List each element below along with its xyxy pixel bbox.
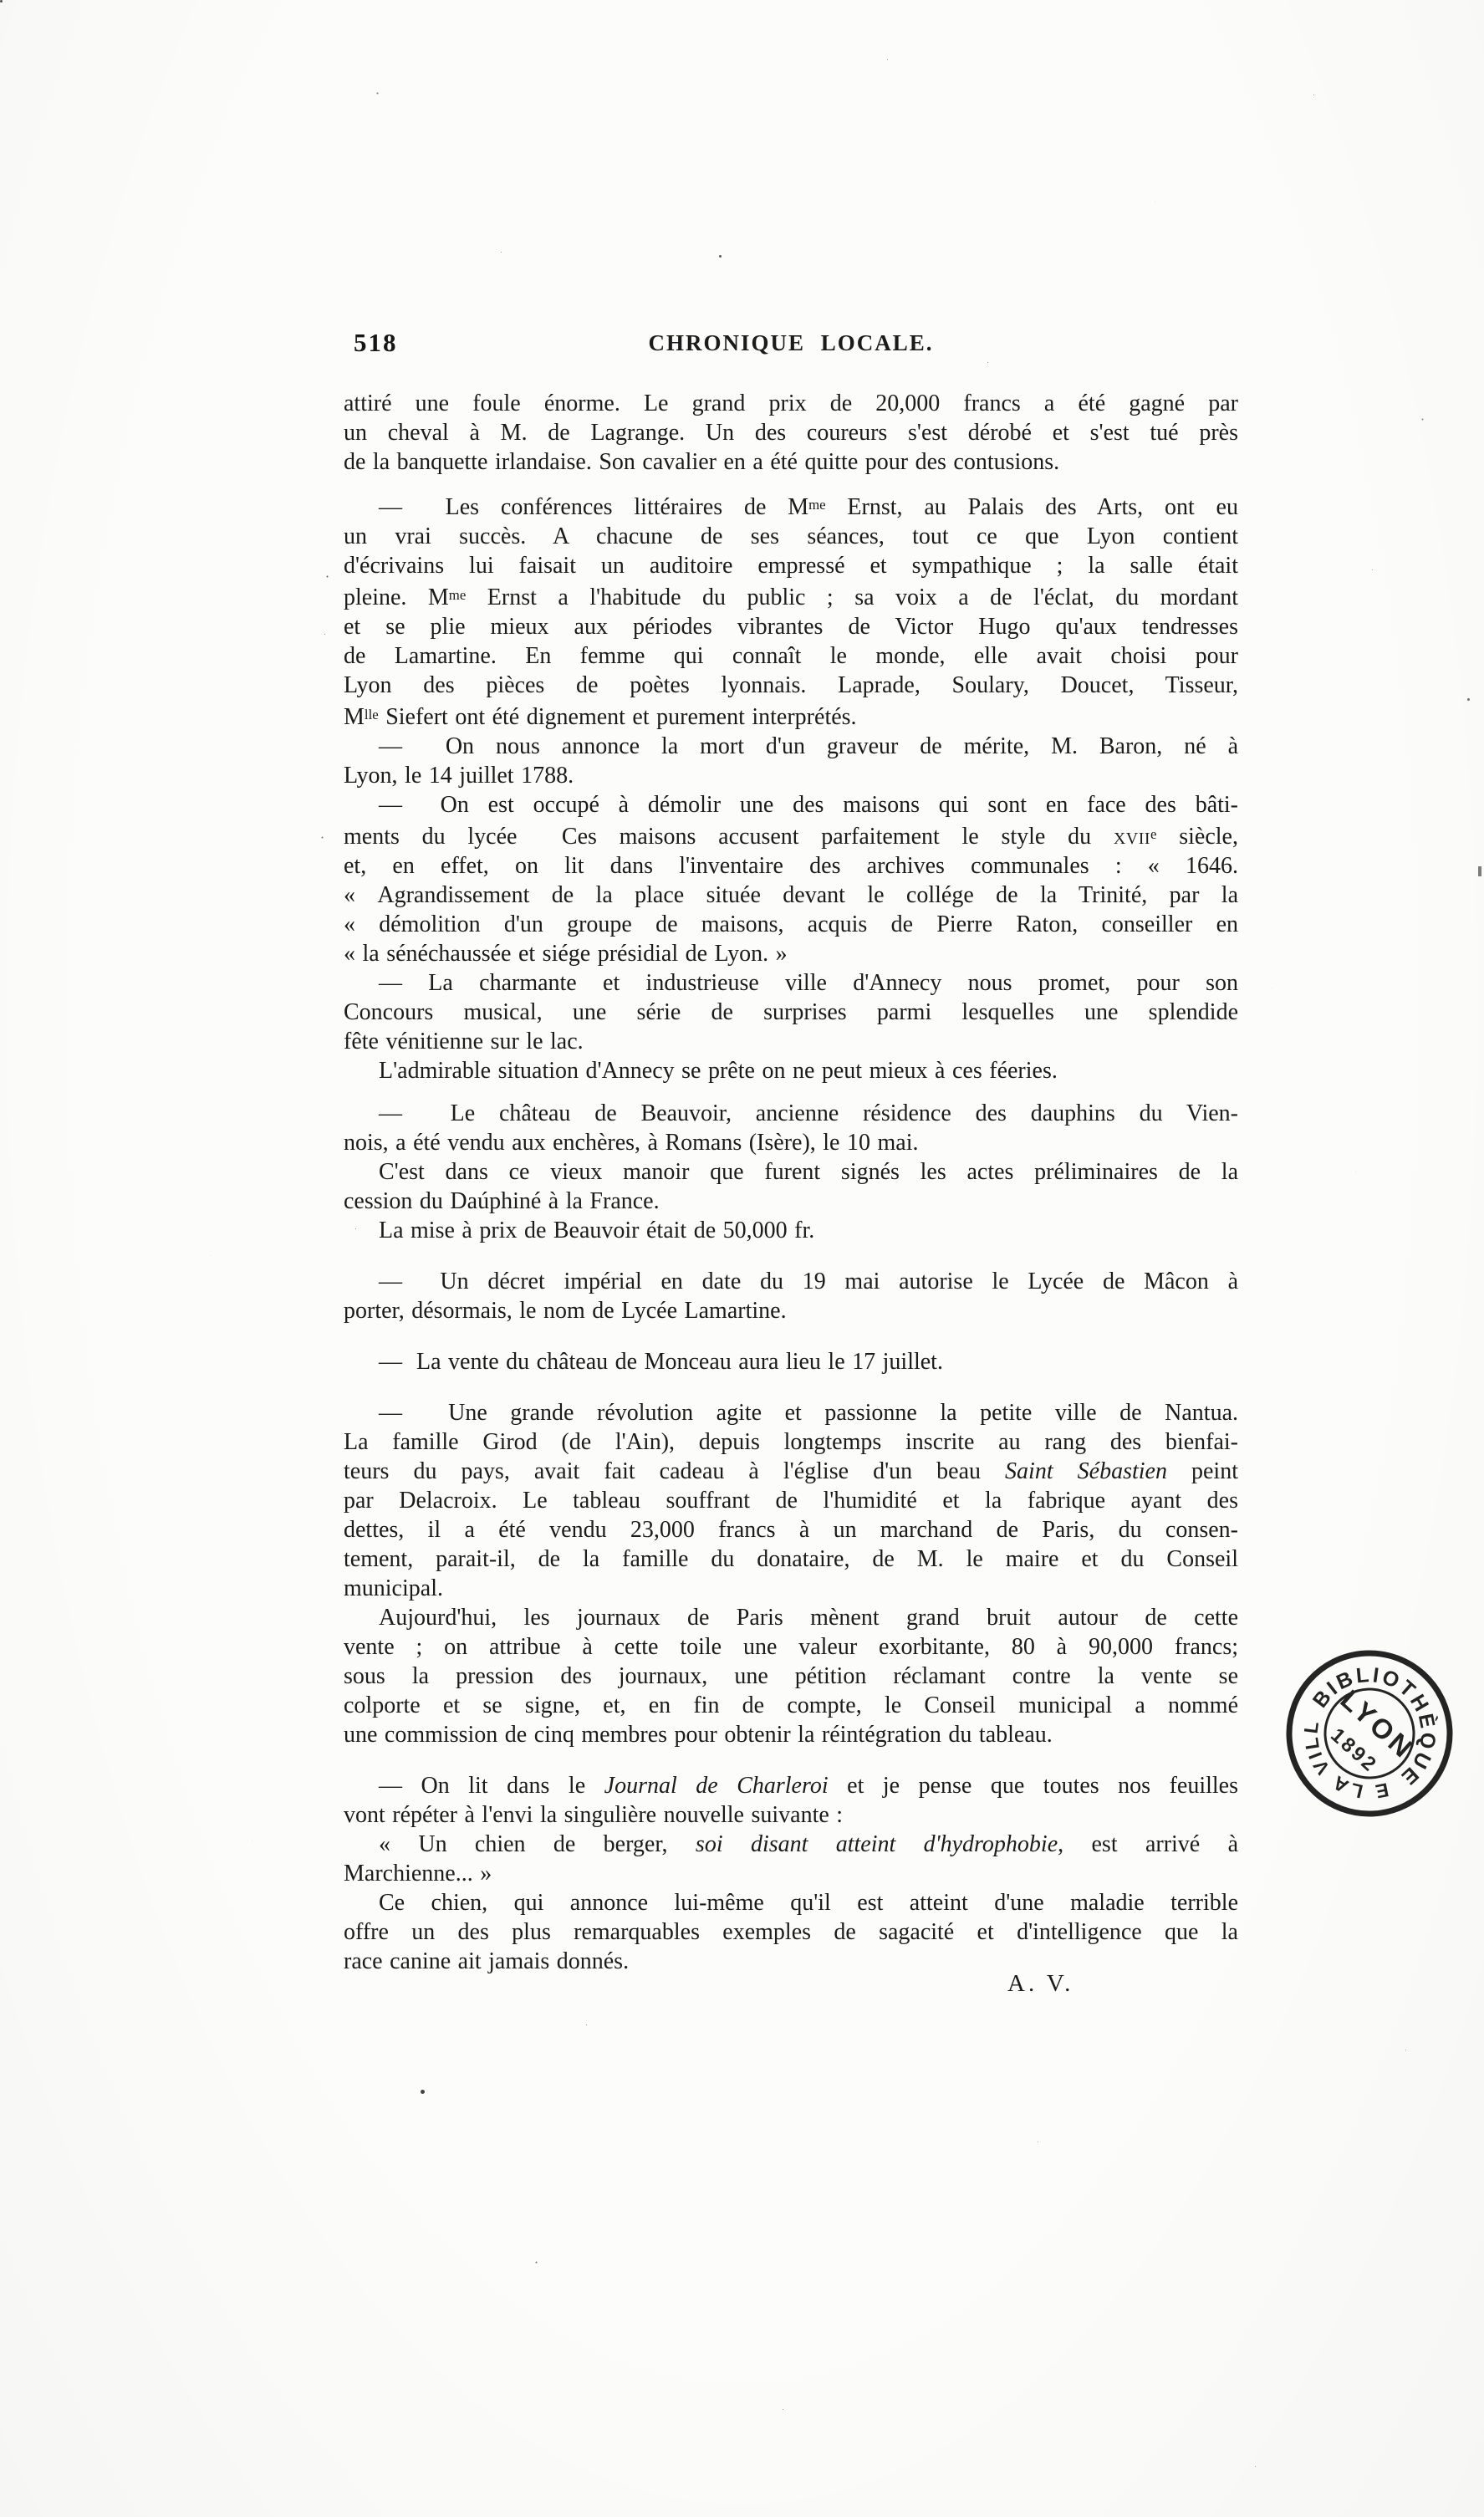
text-line: municipal. bbox=[344, 1574, 1238, 1603]
text-line: cession du Daúphiné à la France. bbox=[344, 1187, 1238, 1216]
text-line: — Une grande révolution agite et passion… bbox=[344, 1398, 1238, 1427]
scanned-document-page: 518 CHRONIQUE LOCALE. attiré une foule é… bbox=[0, 0, 1484, 2517]
text-line: — La charmante et industrieuse ville d'A… bbox=[344, 968, 1238, 998]
paragraph: — On lit dans le Journal de Charleroi et… bbox=[344, 1771, 1238, 1830]
text-line: C'est dans ce vieux manoir que furent si… bbox=[344, 1157, 1238, 1187]
text-line: vont répéter à l'envi la singulière nouv… bbox=[344, 1800, 1238, 1830]
text-line: La famille Girod (de l'Ain), depuis long… bbox=[344, 1427, 1238, 1457]
paragraph: La mise à prix de Beauvoir était de 50,0… bbox=[344, 1216, 1238, 1245]
paragraph: « Un chien de berger, soi disant atteint… bbox=[344, 1830, 1238, 1888]
text-line: sous la pression des journaux, une pétit… bbox=[344, 1662, 1238, 1691]
library-stamp-icon: BIBLIOTHÈQUE DE LA VILLE LYON 1892 bbox=[1273, 1637, 1466, 1830]
text-line: attiré une foule énorme. Le grand prix d… bbox=[344, 389, 1238, 418]
scan-noise-specks bbox=[0, 0, 3, 3]
text-line: dettes, il a été vendu 23,000 francs à u… bbox=[344, 1515, 1238, 1544]
text-line: L'admirable situation d'Annecy se prête … bbox=[344, 1056, 1238, 1085]
text-line: Concours musical, une série de surprises… bbox=[344, 998, 1238, 1027]
paragraph: — Le château de Beauvoir, ancienne résid… bbox=[344, 1099, 1238, 1157]
paragraph: Aujourd'hui, les journaux de Paris mènen… bbox=[344, 1603, 1238, 1749]
text-line: race canine ait jamais donnés. bbox=[344, 1947, 1238, 1976]
text-line: « Un chien de berger, soi disant atteint… bbox=[344, 1830, 1238, 1859]
paragraph: — Un décret impérial en date du 19 mai a… bbox=[344, 1267, 1238, 1325]
running-title: CHRONIQUE LOCALE. bbox=[344, 330, 1238, 356]
paragraph: — On est occupé à démolir une des maison… bbox=[344, 790, 1238, 968]
scan-edge-mark bbox=[1478, 866, 1481, 876]
text-line: — La vente du château de Monceau aura li… bbox=[344, 1347, 1238, 1376]
text-line: ments du lycée Ces maisons accusent parf… bbox=[344, 819, 1238, 851]
text-line: La mise à prix de Beauvoir était de 50,0… bbox=[344, 1216, 1238, 1245]
text-line: Mlle Siefert ont été dignement et pureme… bbox=[344, 700, 1238, 732]
text-line: de la banquette irlandaise. Son cavalier… bbox=[344, 447, 1238, 477]
text-line: une commission de cinq membres pour obte… bbox=[344, 1720, 1238, 1749]
text-line: et, en effet, on lit dans l'inventaire d… bbox=[344, 851, 1238, 881]
paragraph: Ce chien, qui annonce lui-même qu'il est… bbox=[344, 1888, 1238, 1976]
text-line: Ce chien, qui annonce lui-même qu'il est… bbox=[344, 1888, 1238, 1917]
text-line: fête vénitienne sur le lac. bbox=[344, 1027, 1238, 1056]
text-line: un cheval à M. de Lagrange. Un des coure… bbox=[344, 418, 1238, 447]
text-line: tement, parait-il, de la famille du dona… bbox=[344, 1544, 1238, 1574]
paragraph: L'admirable situation d'Annecy se prête … bbox=[344, 1056, 1238, 1085]
text-line: — On nous annonce la mort d'un graveur d… bbox=[344, 732, 1238, 761]
paragraph: — La vente du château de Monceau aura li… bbox=[344, 1347, 1238, 1376]
text-line: Marchienne... » bbox=[344, 1859, 1238, 1888]
text-line: pleine. Mme Ernst a l'habitude du public… bbox=[344, 580, 1238, 612]
text-line: Lyon des pièces de poètes lyonnais. Lapr… bbox=[344, 671, 1238, 700]
text-line: porter, désormais, le nom de Lycée Lamar… bbox=[344, 1296, 1238, 1325]
page-header: 518 CHRONIQUE LOCALE. bbox=[344, 328, 1238, 361]
text-line: — Un décret impérial en date du 19 mai a… bbox=[344, 1267, 1238, 1296]
paragraph: — La charmante et industrieuse ville d'A… bbox=[344, 968, 1238, 1056]
text-line: d'écrivains lui faisait un auditoire emp… bbox=[344, 551, 1238, 580]
text-line: de Lamartine. En femme qui connaît le mo… bbox=[344, 641, 1238, 671]
author-initials: A. V. bbox=[1007, 1970, 1073, 1998]
text-line: un vrai succès. A chacune de ses séances… bbox=[344, 522, 1238, 551]
text-line: — Le château de Beauvoir, ancienne résid… bbox=[344, 1099, 1238, 1128]
text-line: par Delacroix. Le tableau souffrant de l… bbox=[344, 1486, 1238, 1515]
text-line: « démolition d'un groupe de maisons, acq… bbox=[344, 910, 1238, 939]
text-line: — On est occupé à démolir une des maison… bbox=[344, 790, 1238, 819]
text-line: — On lit dans le Journal de Charleroi et… bbox=[344, 1771, 1238, 1800]
text-line: offre un des plus remarquables exemples … bbox=[344, 1917, 1238, 1947]
text-line: et se plie mieux aux périodes vibrantes … bbox=[344, 612, 1238, 641]
text-line: vente ; on attribue à cette toile une va… bbox=[344, 1632, 1238, 1662]
paragraph: — Les conférences littéraires de Mme Ern… bbox=[344, 490, 1238, 732]
text-line: « la sénéchaussée et siége présidial de … bbox=[344, 939, 1238, 968]
paragraph: — Une grande révolution agite et passion… bbox=[344, 1398, 1238, 1603]
text-line: — Les conférences littéraires de Mme Ern… bbox=[344, 490, 1238, 522]
text-line: « Agrandissement de la place située deva… bbox=[344, 881, 1238, 910]
paragraph: attiré une foule énorme. Le grand prix d… bbox=[344, 389, 1238, 477]
paragraph: — On nous annonce la mort d'un graveur d… bbox=[344, 732, 1238, 790]
paragraph: C'est dans ce vieux manoir que furent si… bbox=[344, 1157, 1238, 1216]
article-body: attiré une foule énorme. Le grand prix d… bbox=[344, 389, 1238, 1976]
text-line: Aujourd'hui, les journaux de Paris mènen… bbox=[344, 1603, 1238, 1632]
text-line: Lyon, le 14 juillet 1788. bbox=[344, 761, 1238, 790]
text-line: teurs du pays, avait fait cadeau à l'égl… bbox=[344, 1457, 1238, 1486]
text-line: colporte et se signe, et, en fin de comp… bbox=[344, 1691, 1238, 1720]
text-line: nois, a été vendu aux enchères, à Romans… bbox=[344, 1128, 1238, 1157]
